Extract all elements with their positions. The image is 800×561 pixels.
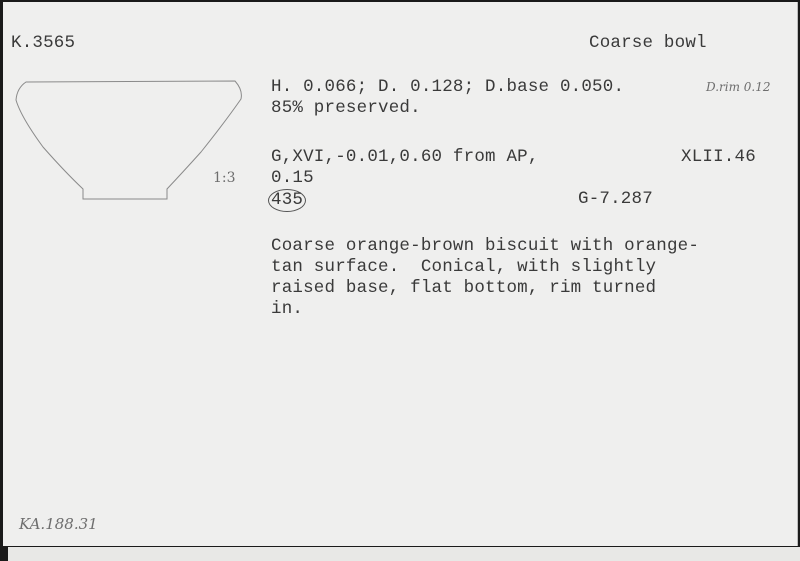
catalog-card: K.3565 Coarse bowl H. 0.066; D. 0.128; D… (3, 2, 798, 546)
description-line-4: in. (271, 299, 303, 320)
lot-number: 435 (271, 189, 306, 212)
findspot-depth: 0.15 (271, 168, 314, 189)
description-line-2: tan surface. Conical, with slightly (271, 257, 656, 278)
object-title: Coarse bowl (589, 33, 707, 54)
handwritten-rim-diameter: D.rim 0.12 (706, 80, 771, 94)
context-reference: XLII.46 (681, 147, 756, 168)
preservation: 85% preserved. (271, 98, 421, 119)
photo-reference: KA.188.31 (19, 515, 98, 533)
findspot: G,XVI,-0.01,0.60 from AP, (271, 147, 539, 168)
circled-lot-number: 435 (268, 189, 306, 212)
inventory-reference: G-7.287 (578, 189, 653, 210)
description-line-3: raised base, flat bottom, rim turned (271, 278, 656, 299)
drawing-scale: 1:3 (213, 170, 236, 186)
description-line-1: Coarse orange-brown biscuit with orange- (271, 236, 699, 257)
card-underlay (8, 547, 800, 561)
dimensions: H. 0.066; D. 0.128; D.base 0.050. (271, 77, 624, 98)
catalog-number: K.3565 (11, 33, 75, 54)
